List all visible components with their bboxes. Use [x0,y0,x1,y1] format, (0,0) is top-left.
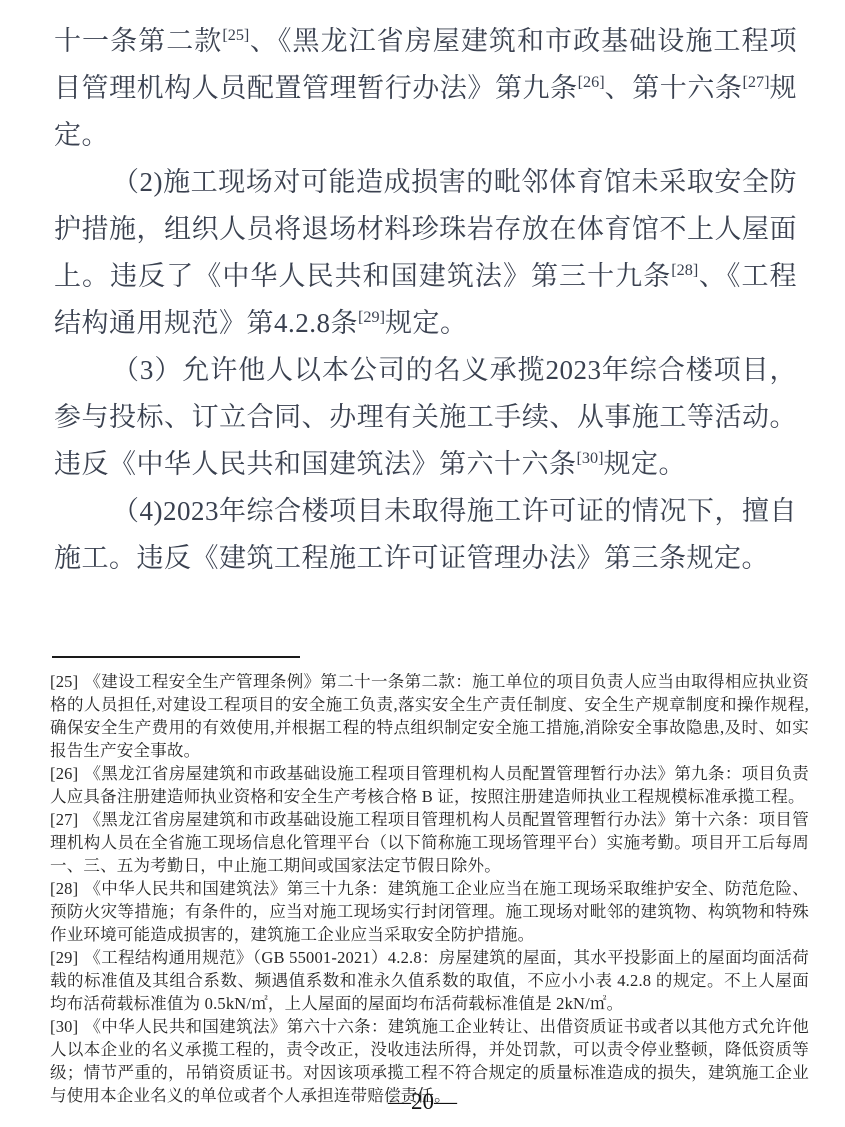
footnote-text: 《工程结构通用规范》（GB 55001-2021）4.2.8：房屋建筑的屋面，其… [50,948,809,1013]
footnote-ref: [29] [358,308,385,326]
paragraph: （4)2023年综合楼项目未取得施工许可证的情况下，擅自施工。违反《建筑工程施工… [54,488,797,582]
footnote: [25]《建设工程安全生产管理条例》第二十一条第二款：施工单位的项目负责人应当由… [50,670,809,762]
footnote: [28]《中华人民共和国建筑法》第三十九条：建筑施工企业应当在施工现场采取维护安… [50,877,809,946]
paragraph: 十一条第二款[25]、《黑龙江省房屋建筑和市政基础设施工程项目管理机构人员配置管… [54,18,797,159]
footnote-marker: [29] [50,948,78,967]
footnote-text: 《黑龙江省房屋建筑和市政基础设施工程项目管理机构人员配置管理暂行办法》第十六条：… [50,810,809,875]
footnote-marker: [25] [50,672,78,691]
footnote-ref: [26] [578,73,605,91]
text-run: 十一条第二款 [54,26,222,56]
footnote-text: 《建设工程安全生产管理条例》第二十一条第二款：施工单位的项目负责人应当由取得相应… [50,672,809,760]
footnote: [27]《黑龙江省房屋建筑和市政基础设施工程项目管理机构人员配置管理暂行办法》第… [50,808,809,877]
footnote: [29]《工程结构通用规范》（GB 55001-2021）4.2.8：房屋建筑的… [50,946,809,1015]
footnote-marker: [26] [50,764,78,783]
footnote-marker: [27] [50,810,78,829]
page-number: —20— [388,1089,457,1114]
paragraph: （3）允许他人以本公司的名义承揽2023年综合楼项目，参与投标、订立合同、办理有… [54,347,797,488]
footnote: [26]《黑龙江省房屋建筑和市政基础设施工程项目管理机构人员配置管理暂行办法》第… [50,762,809,808]
body-text: 十一条第二款[25]、《黑龙江省房屋建筑和市政基础设施工程项目管理机构人员配置管… [54,18,797,582]
text-run: 、第十六条 [605,73,743,103]
footnote-ref: [27] [743,73,770,91]
paragraph: （2)施工现场对可能造成损害的毗邻体育馆未采取安全防护措施，组织人员将退场材料珍… [54,159,797,347]
text-run: 规定。 [385,308,468,338]
footnote-text: 《黑龙江省房屋建筑和市政基础设施工程项目管理机构人员配置管理暂行办法》第九条：项… [50,764,809,806]
text-run: 规定。 [603,449,686,479]
footnote-text: 《中华人民共和国建筑法》第三十九条：建筑施工企业应当在施工现场采取维护安全、防范… [50,879,809,944]
footnote-ref: [28] [671,261,698,279]
footnote-marker: [28] [50,879,78,898]
footnote-marker: [30] [50,1017,78,1036]
footnote-list: [25]《建设工程安全生产管理条例》第二十一条第二款：施工单位的项目负责人应当由… [50,670,809,1107]
text-run: （4)2023年综合楼项目未取得施工许可证的情况下，擅自施工。违反《建筑工程施工… [54,496,797,573]
footnote-ref: [30] [577,449,604,467]
footnote-separator [52,656,300,658]
footnote-ref: [25] [222,26,249,44]
page-footer: —20— [0,1089,845,1115]
document-page: 十一条第二款[25]、《黑龙江省房屋建筑和市政基础设施工程项目管理机构人员配置管… [0,0,845,1127]
footnote-area: [25]《建设工程安全生产管理条例》第二十一条第二款：施工单位的项目负责人应当由… [50,656,809,1107]
